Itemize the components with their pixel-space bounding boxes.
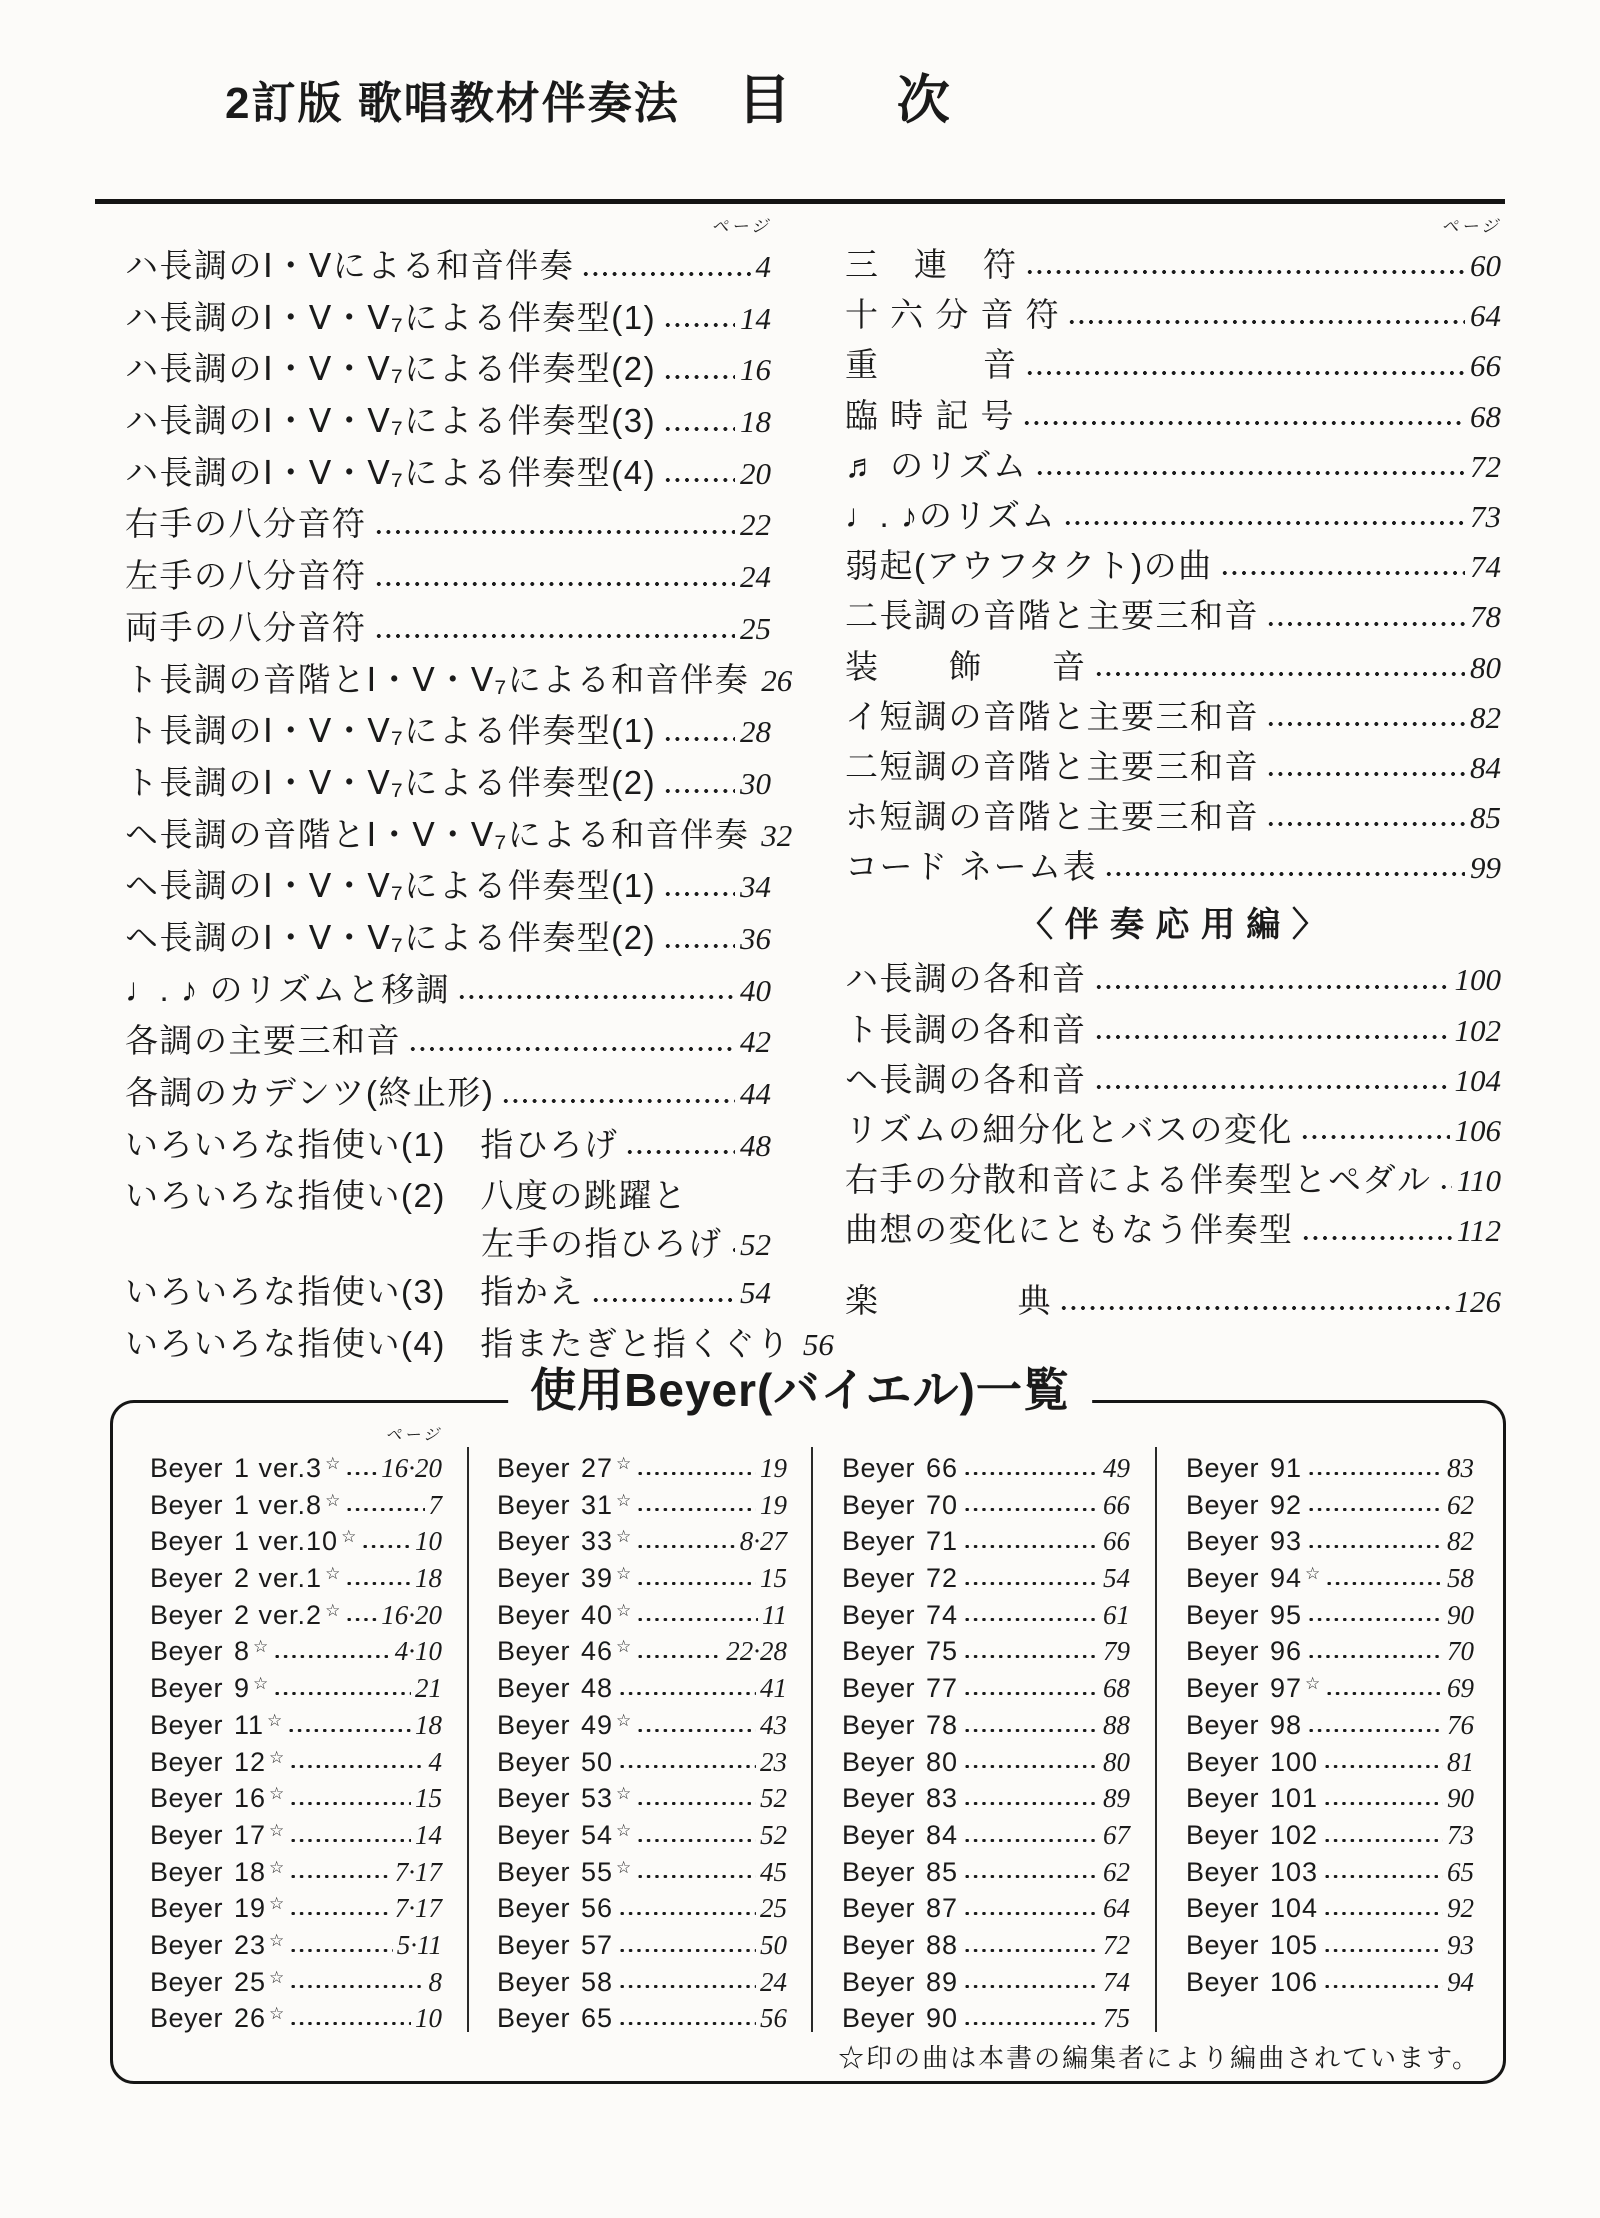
toc-leader-dots [663, 943, 735, 949]
beyer-entry-name: Beyer104 [1186, 1890, 1318, 1927]
beyer-entry-name: Beyer57 [497, 1927, 613, 1964]
beyer-entry: Beyer49☆43 [497, 1707, 787, 1744]
toc-leader-dots [963, 1764, 1099, 1769]
beyer-page-number: 68 [1103, 1670, 1130, 1707]
toc-leader-dots [636, 1581, 756, 1586]
beyer-page-number: 90 [1447, 1597, 1474, 1634]
star-icon: ☆ [325, 1454, 340, 1474]
beyer-entry-name: Beyer1 ver.3☆ [150, 1450, 340, 1487]
toc-leader-dots [636, 1801, 756, 1806]
beyer-entry: Beyer8764 [842, 1890, 1130, 1927]
beyer-word: Beyer [1186, 1927, 1270, 1964]
toc-leader-dots [963, 1544, 1099, 1549]
beyer-word: Beyer [842, 1450, 926, 1487]
toc-leader-dots [636, 1507, 756, 1512]
toc-leader-dots [636, 1838, 756, 1843]
beyer-number: 75 [926, 1633, 958, 1670]
beyer-page-number: 10 [415, 2000, 442, 2037]
beyer-word: Beyer [1186, 1487, 1270, 1524]
beyer-word: Beyer [497, 1744, 581, 1781]
star-icon: ☆ [269, 1894, 284, 1914]
beyer-number: 12 [234, 1744, 266, 1781]
beyer-word: Beyer [497, 1890, 581, 1927]
toc-leader-dots [1266, 721, 1465, 727]
toc-leader-dots [963, 1984, 1099, 1989]
beyer-number: 50 [581, 1744, 613, 1781]
beyer-entry-name: Beyer2 ver.2☆ [150, 1597, 340, 1634]
toc-page-number: 40 [740, 965, 771, 1017]
star-icon: ☆ [253, 1674, 268, 1694]
beyer-entry: Beyer8872 [842, 1927, 1130, 1964]
beyer-number: 31 [581, 1487, 613, 1524]
beyer-page-number: 93 [1447, 1927, 1474, 1964]
beyer-page-number: 70 [1447, 1633, 1474, 1670]
toc-entry-label: ハ長調の各和音 [845, 954, 1087, 1004]
toc-left-column: ページ ハ長調のⅠ・Ⅴによる和音伴奏4ハ長調のⅠ・Ⅴ・Ⅴ₇による伴奏型(1)14… [125, 216, 771, 1369]
beyer-number: 54 [581, 1817, 613, 1854]
toc-entry: ハ長調の各和音100 [845, 954, 1501, 1004]
beyer-entry-name: Beyer85 [842, 1854, 958, 1891]
beyer-word: Beyer [150, 1670, 234, 1707]
beyer-entry-name: Beyer46☆ [497, 1633, 631, 1670]
beyer-number: 56 [581, 1890, 613, 1927]
beyer-entry-name: Beyer103 [1186, 1854, 1318, 1891]
beyer-entry: Beyer7254 [842, 1560, 1130, 1597]
toc-entry: ヘ長調のⅠ・Ⅴ・Ⅴ₇による伴奏型(2)36 [125, 912, 771, 964]
star-icon: ☆ [325, 1564, 340, 1584]
beyer-number: 19 [234, 1890, 266, 1927]
beyer-entry-name: Beyer50 [497, 1744, 613, 1781]
toc-page-number: 85 [1470, 792, 1501, 844]
beyer-number: 46 [581, 1633, 613, 1670]
beyer-entry-name: Beyer90 [842, 2000, 958, 2037]
star-icon: ☆ [616, 1454, 631, 1474]
beyer-entry-name: Beyer17☆ [150, 1817, 284, 1854]
toc-leader-dots [636, 1544, 735, 1549]
beyer-word: Beyer [497, 1670, 581, 1707]
toc-page-number: 84 [1470, 742, 1501, 794]
beyer-number: 25 [234, 1964, 266, 2001]
toc-page-number: 80 [1470, 642, 1501, 694]
beyer-number: 39 [581, 1560, 613, 1597]
beyer-entry: Beyer1 ver.8☆7 [150, 1487, 442, 1524]
toc-entry: ハ長調のⅠ・Ⅴ・Ⅴ₇による伴奏型(2)16 [125, 343, 771, 395]
beyer-word: Beyer [497, 1450, 581, 1487]
beyer-page-number: 58 [1447, 1560, 1474, 1597]
toc-page-number: 126 [1455, 1276, 1502, 1328]
beyer-page-number: 5·11 [397, 1927, 442, 1964]
toc-leader-dots [1104, 871, 1465, 877]
beyer-page-number: 67 [1103, 1817, 1130, 1854]
beyer-entry: Beyer1 ver.3☆16·20 [150, 1450, 442, 1487]
toc-leader-dots [591, 1297, 735, 1303]
beyer-page-number: 19 [760, 1487, 787, 1524]
star-icon: ☆ [616, 1784, 631, 1804]
beyer-number: 49 [581, 1707, 613, 1744]
beyer-entry-name: Beyer9☆ [150, 1670, 268, 1707]
beyer-entry: Beyer26☆10 [150, 2000, 442, 2037]
contents-heading: 目 次 [738, 58, 950, 134]
beyer-word: Beyer [842, 1964, 926, 2001]
beyer-word: Beyer [1186, 1780, 1270, 1817]
star-icon: ☆ [269, 1821, 284, 1841]
toc-page-number: 30 [740, 758, 771, 810]
toc-leader-dots [1094, 671, 1466, 677]
beyer-page-number: 19 [760, 1450, 787, 1487]
toc-entry-label: 装 飾 音 [845, 642, 1087, 692]
toc-entry-label: ♩. ♪のリズム [845, 491, 1056, 541]
beyer-entry-name: Beyer16☆ [150, 1780, 284, 1817]
beyer-word: Beyer [842, 1890, 926, 1927]
beyer-number: 85 [926, 1854, 958, 1891]
toc-entry: 二長調の音階と主要三和音78 [845, 591, 1501, 641]
star-icon: ☆ [269, 2004, 284, 2024]
beyer-entry-name: Beyer100 [1186, 1744, 1318, 1781]
toc-entry: 楽 典126 [845, 1276, 1501, 1326]
toc-leader-dots [1323, 1984, 1443, 1989]
toc-leader-dots [1094, 1034, 1450, 1040]
beyer-page-number: 16·20 [381, 1450, 442, 1487]
beyer-entry: Beyer11☆18 [150, 1707, 442, 1744]
beyer-word: Beyer [842, 1523, 926, 1560]
beyer-entry-name: Beyer1 ver.8☆ [150, 1487, 340, 1524]
beyer-entry-name: Beyer55☆ [497, 1854, 631, 1891]
toc-page-number: 25 [740, 603, 771, 655]
toc-leader-dots [618, 1691, 756, 1696]
star-icon: ☆ [253, 1637, 268, 1657]
beyer-page-number: 88 [1103, 1707, 1130, 1744]
title-rule [95, 199, 1505, 204]
beyer-page-number: 18 [415, 1560, 442, 1597]
toc-entry: ハ長調のⅠ・Ⅴによる和音伴奏4 [125, 240, 771, 292]
beyer-page-number: 7 [429, 1487, 443, 1524]
toc-page-number: 22 [740, 499, 771, 551]
beyer-page-number: 66 [1103, 1523, 1130, 1560]
toc-entry-label: 重 音 [845, 340, 1018, 390]
toc-leader-dots [1323, 1801, 1443, 1806]
beyer-word: Beyer [150, 1780, 234, 1817]
beyer-number: 87 [926, 1890, 958, 1927]
beyer-word: Beyer [842, 1487, 926, 1524]
toc-entry-label: 各調の主要三和音 [125, 1015, 401, 1067]
toc-entry-label: ハ長調のⅠ・Ⅴによる和音伴奏 [125, 240, 574, 292]
toc-leader-dots [345, 1617, 377, 1622]
beyer-entry: Beyer97☆69 [1186, 1670, 1474, 1707]
beyer-number: 105 [1270, 1927, 1318, 1964]
toc-page-number: 24 [740, 551, 771, 603]
toc-leader-dots [1323, 1911, 1443, 1916]
beyer-entry-name: Beyer92 [1186, 1487, 1302, 1524]
toc-leader-dots [1025, 370, 1466, 376]
beyer-entry-name: Beyer18☆ [150, 1854, 284, 1891]
beyer-word: Beyer [842, 1817, 926, 1854]
beyer-entry: Beyer9183 [1186, 1450, 1474, 1487]
beyer-entry-name: Beyer105 [1186, 1927, 1318, 1964]
beyer-entry: Beyer10365 [1186, 1854, 1474, 1891]
beyer-word: Beyer [497, 2000, 581, 2037]
beyer-number: 102 [1270, 1817, 1318, 1854]
beyer-entry-name: Beyer101 [1186, 1780, 1318, 1817]
beyer-entry: Beyer9670 [1186, 1633, 1474, 1670]
beyer-word: Beyer [1186, 1817, 1270, 1854]
toc-entry-label: リズムの細分化とバスの変化 [845, 1105, 1293, 1155]
toc-leader-dots [636, 1728, 756, 1733]
toc-entry: イ短調の音階と主要三和音82 [845, 692, 1501, 742]
toc-page-number: 4 [756, 241, 772, 293]
star-icon: ☆ [616, 1564, 631, 1584]
beyer-page-number: 50 [760, 1927, 787, 1964]
toc-page-number: 66 [1470, 340, 1501, 392]
beyer-section-title: 使用Beyer(バイエル)一覧 [508, 1362, 1092, 1418]
toc-entry: いろいろな指使い(2) 八度の跳躍と [125, 1170, 771, 1222]
beyer-page-number: 81 [1447, 1744, 1474, 1781]
toc-leader-dots [663, 374, 735, 380]
beyer-page-number: 11 [762, 1597, 787, 1634]
toc-leader-dots [1094, 984, 1450, 990]
toc-page-number: 16 [740, 344, 771, 396]
beyer-entry-name: Beyer97☆ [1186, 1670, 1320, 1707]
beyer-word: Beyer [497, 1633, 581, 1670]
beyer-number: 106 [1270, 1964, 1318, 2001]
beyer-entry: Beyer10593 [1186, 1927, 1474, 1964]
beyer-number: 103 [1270, 1854, 1318, 1891]
toc-entry-label: 二短調の音階と主要三和音 [845, 742, 1259, 792]
beyer-number: 65 [581, 2000, 613, 2037]
beyer-number: 48 [581, 1670, 613, 1707]
toc-entry: ヘ長調の各和音104 [845, 1055, 1501, 1105]
toc-entry-label: 左手の指ひろげ [481, 1222, 723, 1266]
beyer-entry: Beyer10190 [1186, 1780, 1474, 1817]
toc-entry: 装 飾 音80 [845, 642, 1501, 692]
toc-leader-dots [963, 1838, 1099, 1843]
beyer-number: 104 [1270, 1890, 1318, 1927]
beyer-page-number: 10 [415, 1523, 442, 1560]
beyer-entry-name: Beyer19☆ [150, 1890, 284, 1927]
toc-leader-dots [730, 1247, 736, 1253]
star-icon: ☆ [269, 1784, 284, 1804]
beyer-entry-name: Beyer40☆ [497, 1597, 631, 1634]
beyer-word: Beyer [497, 1927, 581, 1964]
beyer-entry-name: Beyer31☆ [497, 1487, 631, 1524]
beyer-entry-name: Beyer70 [842, 1487, 958, 1524]
beyer-number: 97 [1270, 1670, 1302, 1707]
beyer-column-1: Beyer1 ver.3☆16·20Beyer1 ver.8☆7Beyer1 v… [150, 1450, 442, 2037]
toc-leader-dots [289, 1984, 424, 1989]
toc-entry-label: ヘ長調の音階とⅠ・Ⅴ・Ⅴ₇による和音伴奏 [125, 809, 749, 861]
beyer-entry: Beyer33☆8·27 [497, 1523, 787, 1560]
toc-leader-dots [636, 1654, 722, 1659]
beyer-word: Beyer [1186, 1854, 1270, 1891]
beyer-word: Beyer [842, 1780, 926, 1817]
beyer-page-number: 7·17 [395, 1890, 442, 1927]
toc-entry-label: 十 六 分 音 符 [845, 290, 1060, 340]
beyer-entry: Beyer10492 [1186, 1890, 1474, 1927]
toc-page-number: 112 [1457, 1205, 1501, 1257]
beyer-number: 80 [926, 1744, 958, 1781]
beyer-entry: Beyer18☆7·17 [150, 1854, 442, 1891]
toc-leader-dots [289, 1838, 411, 1843]
toc-leader-dots [963, 1617, 1099, 1622]
beyer-number: 84 [926, 1817, 958, 1854]
beyer-entry-name: Beyer1 ver.10☆ [150, 1523, 356, 1560]
toc-leader-dots [1300, 1134, 1450, 1140]
toc-leader-dots [1266, 771, 1465, 777]
toc-page-number: 52 [740, 1223, 771, 1267]
beyer-word: Beyer [1186, 1597, 1270, 1634]
toc-entry: ♩. ♪のリズム73 [845, 491, 1501, 541]
toc-leader-dots [636, 1471, 756, 1476]
toc-entry-label: ハ長調のⅠ・Ⅴ・Ⅴ₇による伴奏型(2) [125, 343, 656, 395]
beyer-entry: Beyer31☆19 [497, 1487, 787, 1524]
beyer-page-number: 41 [760, 1670, 787, 1707]
beyer-page-number: 80 [1103, 1744, 1130, 1781]
toc-entry-label: ハ長調のⅠ・Ⅴ・Ⅴ₇による伴奏型(3) [125, 395, 656, 447]
toc-leader-dots [361, 1544, 411, 1549]
beyer-entry: Beyer7166 [842, 1523, 1130, 1560]
beyer-number: 94 [1270, 1560, 1302, 1597]
toc-entry-label: ト長調の各和音 [845, 1005, 1087, 1055]
beyer-page-number: 16·20 [381, 1597, 442, 1634]
beyer-entry-name: Beyer83 [842, 1780, 958, 1817]
beyer-entry: Beyer8467 [842, 1817, 1130, 1854]
beyer-column-4: Beyer9183Beyer9262Beyer9382Beyer94☆58Bey… [1186, 1450, 1474, 2000]
toc-leader-dots [963, 1581, 1099, 1586]
beyer-number: 70 [926, 1487, 958, 1524]
beyer-page-number: 49 [1103, 1450, 1130, 1487]
star-icon: ☆ [616, 1491, 631, 1511]
toc-leader-dots [289, 1764, 424, 1769]
star-icon: ☆ [616, 1858, 631, 1878]
toc-leader-dots [1094, 1084, 1450, 1090]
beyer-page-number: 62 [1103, 1854, 1130, 1891]
toc-leader-dots [581, 271, 750, 277]
beyer-number: 9 [234, 1670, 250, 1707]
beyer-number: 71 [926, 1523, 958, 1560]
toc-leader-dots [374, 581, 736, 587]
beyer-entry: Beyer5023 [497, 1744, 787, 1781]
beyer-entry: Beyer40☆11 [497, 1597, 787, 1634]
toc-leader-dots [1323, 1838, 1443, 1843]
toc-entry: 弱起(アウフタクト)の曲74 [845, 541, 1501, 591]
toc-leader-dots [345, 1581, 411, 1586]
toc-leader-dots [963, 1507, 1099, 1512]
star-icon: ☆ [616, 1711, 631, 1731]
toc-leader-dots [618, 1764, 756, 1769]
beyer-word: Beyer [1186, 1523, 1270, 1560]
beyer-entry-name: Beyer87 [842, 1890, 958, 1927]
beyer-page-number: 79 [1103, 1633, 1130, 1670]
toc-leader-dots [663, 736, 735, 742]
beyer-entry: Beyer10081 [1186, 1744, 1474, 1781]
toc-leader-dots [1067, 319, 1465, 325]
toc-page-number: 110 [1457, 1155, 1501, 1207]
beyer-word: Beyer [1186, 1450, 1270, 1487]
toc-leader-dots [618, 1948, 756, 1953]
toc-entry-label: ト長調の音階とⅠ・Ⅴ・Ⅴ₇による和音伴奏 [125, 654, 749, 706]
beyer-number: 90 [926, 2000, 958, 2037]
toc-leader-dots [1307, 1544, 1443, 1549]
beyer-entry: Beyer7579 [842, 1633, 1130, 1670]
toc-leader-dots [1307, 1728, 1443, 1733]
beyer-page-number: 4·10 [395, 1633, 442, 1670]
toc-page-number: 104 [1455, 1055, 1502, 1107]
toc-entry: ト長調の各和音102 [845, 1005, 1501, 1055]
beyer-entry-name: Beyer26☆ [150, 2000, 284, 2037]
toc-entry-label: 各調のカデンツ(終止形) [125, 1067, 494, 1119]
toc-leader-dots [1325, 1691, 1443, 1696]
star-icon: ☆ [269, 1931, 284, 1951]
beyer-entry-name: Beyer102 [1186, 1817, 1318, 1854]
toc-page-number: 34 [740, 861, 771, 913]
toc-entry: 左手の八分音符24 [125, 550, 771, 602]
toc-leader-dots [1266, 821, 1465, 827]
beyer-page-number: 69 [1447, 1670, 1474, 1707]
beyer-word: Beyer [842, 1560, 926, 1597]
beyer-entry-name: Beyer39☆ [497, 1560, 631, 1597]
beyer-column-2: Beyer27☆19Beyer31☆19Beyer33☆8·27Beyer39☆… [497, 1450, 787, 2037]
toc-entry-label: いろいろな指使い(3) 指かえ [125, 1266, 584, 1318]
star-icon: ☆ [616, 1527, 631, 1547]
beyer-page-number: 18 [415, 1707, 442, 1744]
star-icon: ☆ [1305, 1674, 1320, 1694]
toc-entry-label: コード ネーム表 [845, 842, 1097, 892]
toc-leader-dots [289, 2021, 411, 2026]
toc-leader-dots [618, 2021, 756, 2026]
beyer-page-number: 15 [760, 1560, 787, 1597]
beyer-entry-name: Beyer96 [1186, 1633, 1302, 1670]
beyer-page-number: 74 [1103, 1964, 1130, 2001]
beyer-page-number: 61 [1103, 1597, 1130, 1634]
beyer-entry: Beyer10694 [1186, 1964, 1474, 2001]
toc-page-number: 26 [761, 655, 792, 707]
toc-leader-dots [1307, 1617, 1443, 1622]
toc-leader-dots [963, 1654, 1099, 1659]
beyer-number: 74 [926, 1597, 958, 1634]
toc-entry: ♬ のリズム72 [845, 441, 1501, 491]
star-icon: ☆ [616, 1821, 631, 1841]
beyer-number: 92 [1270, 1487, 1302, 1524]
beyer-word: Beyer [497, 1964, 581, 2001]
toc-page-number: 100 [1455, 954, 1502, 1006]
toc-leader-dots [618, 1911, 756, 1916]
beyer-entry-name: Beyer8☆ [150, 1633, 268, 1670]
toc-entry-label: ♩. ♪ のリズムと移調 [125, 964, 450, 1016]
star-icon: ☆ [267, 1711, 282, 1731]
beyer-entry: Beyer2 ver.2☆16·20 [150, 1597, 442, 1634]
toc-page-number: 32 [761, 810, 792, 862]
beyer-entry-name: Beyer65 [497, 2000, 613, 2037]
toc-leader-dots [663, 426, 735, 432]
beyer-entry-name: Beyer48 [497, 1670, 613, 1707]
beyer-number: 72 [926, 1560, 958, 1597]
beyer-word: Beyer [842, 1707, 926, 1744]
beyer-entry-name: Beyer89 [842, 1964, 958, 2001]
beyer-entry: Beyer8☆4·10 [150, 1633, 442, 1670]
beyer-number: 101 [1270, 1780, 1318, 1817]
beyer-number: 27 [581, 1450, 613, 1487]
toc-entry: ホ短調の音階と主要三和音85 [845, 792, 1501, 842]
toc-entry: 右手の分散和音による伴奏型とペダル110 [845, 1155, 1501, 1205]
star-icon: ☆ [616, 1601, 631, 1621]
toc-page-number: 102 [1455, 1005, 1502, 1057]
beyer-column-separator [467, 1447, 469, 2032]
beyer-word: Beyer [497, 1817, 581, 1854]
toc-entry: ハ長調のⅠ・Ⅴ・Ⅴ₇による伴奏型(1)14 [125, 292, 771, 344]
beyer-word: Beyer [150, 1707, 234, 1744]
toc-entry-label: ヘ長調のⅠ・Ⅴ・Ⅴ₇による伴奏型(1) [125, 860, 656, 912]
beyer-word: Beyer [150, 1890, 234, 1927]
beyer-entry-name: Beyer11☆ [150, 1707, 282, 1744]
